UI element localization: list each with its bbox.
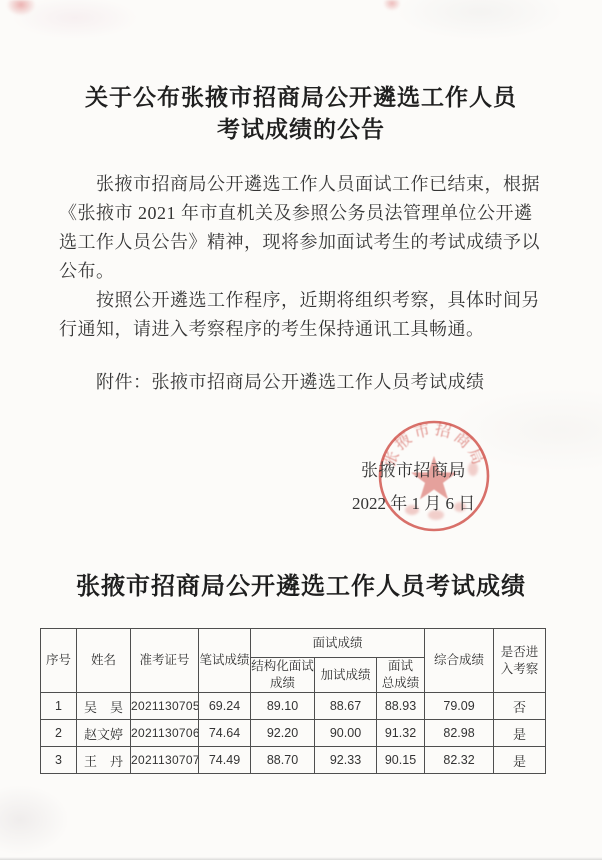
cell-written: 74.49 [199,747,251,774]
cell-additional: 92.33 [315,747,377,774]
cell-structured: 92.20 [251,720,315,747]
cell-name: 吴 昊 [77,693,131,720]
cell-interview-total: 91.32 [377,720,425,747]
document-title-line2: 考试成绩的公告 [0,114,602,146]
cell-inspection: 是 [494,720,546,747]
cell-serial: 3 [41,747,77,774]
paragraph-1-line: 张掖市招商局公开遴选工作人员面试工作已结束，根据 [59,170,546,199]
col-header-written: 笔试成绩 [199,629,251,693]
stamp-bleed-mark [6,0,36,16]
cell-comprehensive: 82.32 [425,747,494,774]
cell-name: 赵文婷 [77,720,131,747]
score-table: 序号 姓名 准考证号 笔试成绩 面试成绩 综合成绩 是否进 入考察 结构化面试 … [40,628,546,774]
cell-serial: 2 [41,720,77,747]
cell-additional: 90.00 [315,720,377,747]
cell-ticket: 2021130707 [131,747,199,774]
paragraph-1-line: 选工作人员公告》精神，现将参加面试考生的考试成绩予以 [59,228,546,257]
cell-comprehensive: 82.98 [425,720,494,747]
attachment-text: 附件：张掖市招商局公开遴选工作人员考试成绩 [59,368,546,397]
cell-comprehensive: 79.09 [425,693,494,720]
paragraph-1-line: 《张掖市 2021 年市直机关及参照公务员法管理单位公开遴 [59,199,546,228]
col-header-interview-group: 面试成绩 [251,629,425,658]
cell-name: 王 丹 [77,747,131,774]
cell-interview-total: 90.15 [377,747,425,774]
col-header-serial: 序号 [41,629,77,693]
signature-organization: 张掖市招商局 [361,456,466,481]
paragraph-2-line: 按照公开遴选工作程序，近期将组织考察，具体时间另 [59,286,546,315]
cell-inspection: 否 [494,693,546,720]
paragraph-2-line: 行通知，请进入考察程序的考生保持通讯工具畅通。 [59,315,546,344]
col-header-structured: 结构化面试 成绩 [251,658,315,693]
document-title: 关于公布张掖市招商局公开遴选工作人员 考试成绩的公告 [0,82,602,146]
document-title-line1: 关于公布张掖市招商局公开遴选工作人员 [0,82,602,114]
cell-interview-total: 88.93 [377,693,425,720]
seal-smudge [468,462,478,476]
signature-date: 2022 年 1 月 6 日 [352,489,475,514]
col-header-interview-total: 面试 总成绩 [377,658,425,693]
cell-ticket: 2021130705 [131,693,199,720]
cell-ticket: 2021130706 [131,720,199,747]
score-table-title: 张掖市招商局公开遴选工作人员考试成绩 [0,566,602,601]
cell-additional: 88.67 [315,693,377,720]
attachment-line: 附件：张掖市招商局公开遴选工作人员考试成绩 [59,368,546,397]
col-header-ticket: 准考证号 [131,629,199,693]
col-header-additional: 加试成绩 [315,658,377,693]
table-header-row: 序号 姓名 准考证号 笔试成绩 面试成绩 综合成绩 是否进 入考察 [41,629,546,658]
paragraph-2: 按照公开遴选工作程序，近期将组织考察，具体时间另 行通知，请进入考察程序的考生保… [59,286,546,344]
paragraph-1-line: 公布。 [59,257,546,286]
cell-structured: 88.70 [251,747,315,774]
cell-inspection: 是 [494,747,546,774]
table-row: 3 王 丹 2021130707 74.49 88.70 92.33 90.15… [41,747,546,774]
col-header-inspection: 是否进 入考察 [494,629,546,693]
col-header-name: 姓名 [77,629,131,693]
cell-structured: 89.10 [251,693,315,720]
table-row: 2 赵文婷 2021130706 74.64 92.20 90.00 91.32… [41,720,546,747]
table-row: 1 吴 昊 2021130705 69.24 89.10 88.67 88.93… [41,693,546,720]
cell-serial: 1 [41,693,77,720]
scanned-announcement-page: 关于公布张掖市招商局公开遴选工作人员 考试成绩的公告 张掖市招商局公开遴选工作人… [0,0,602,860]
cell-written: 69.24 [199,693,251,720]
paragraph-1: 张掖市招商局公开遴选工作人员面试工作已结束，根据 《张掖市 2021 年市直机关… [59,170,546,286]
cell-written: 74.64 [199,720,251,747]
col-header-comprehensive: 综合成绩 [425,629,494,693]
stamp-bleed-mark [383,0,401,11]
